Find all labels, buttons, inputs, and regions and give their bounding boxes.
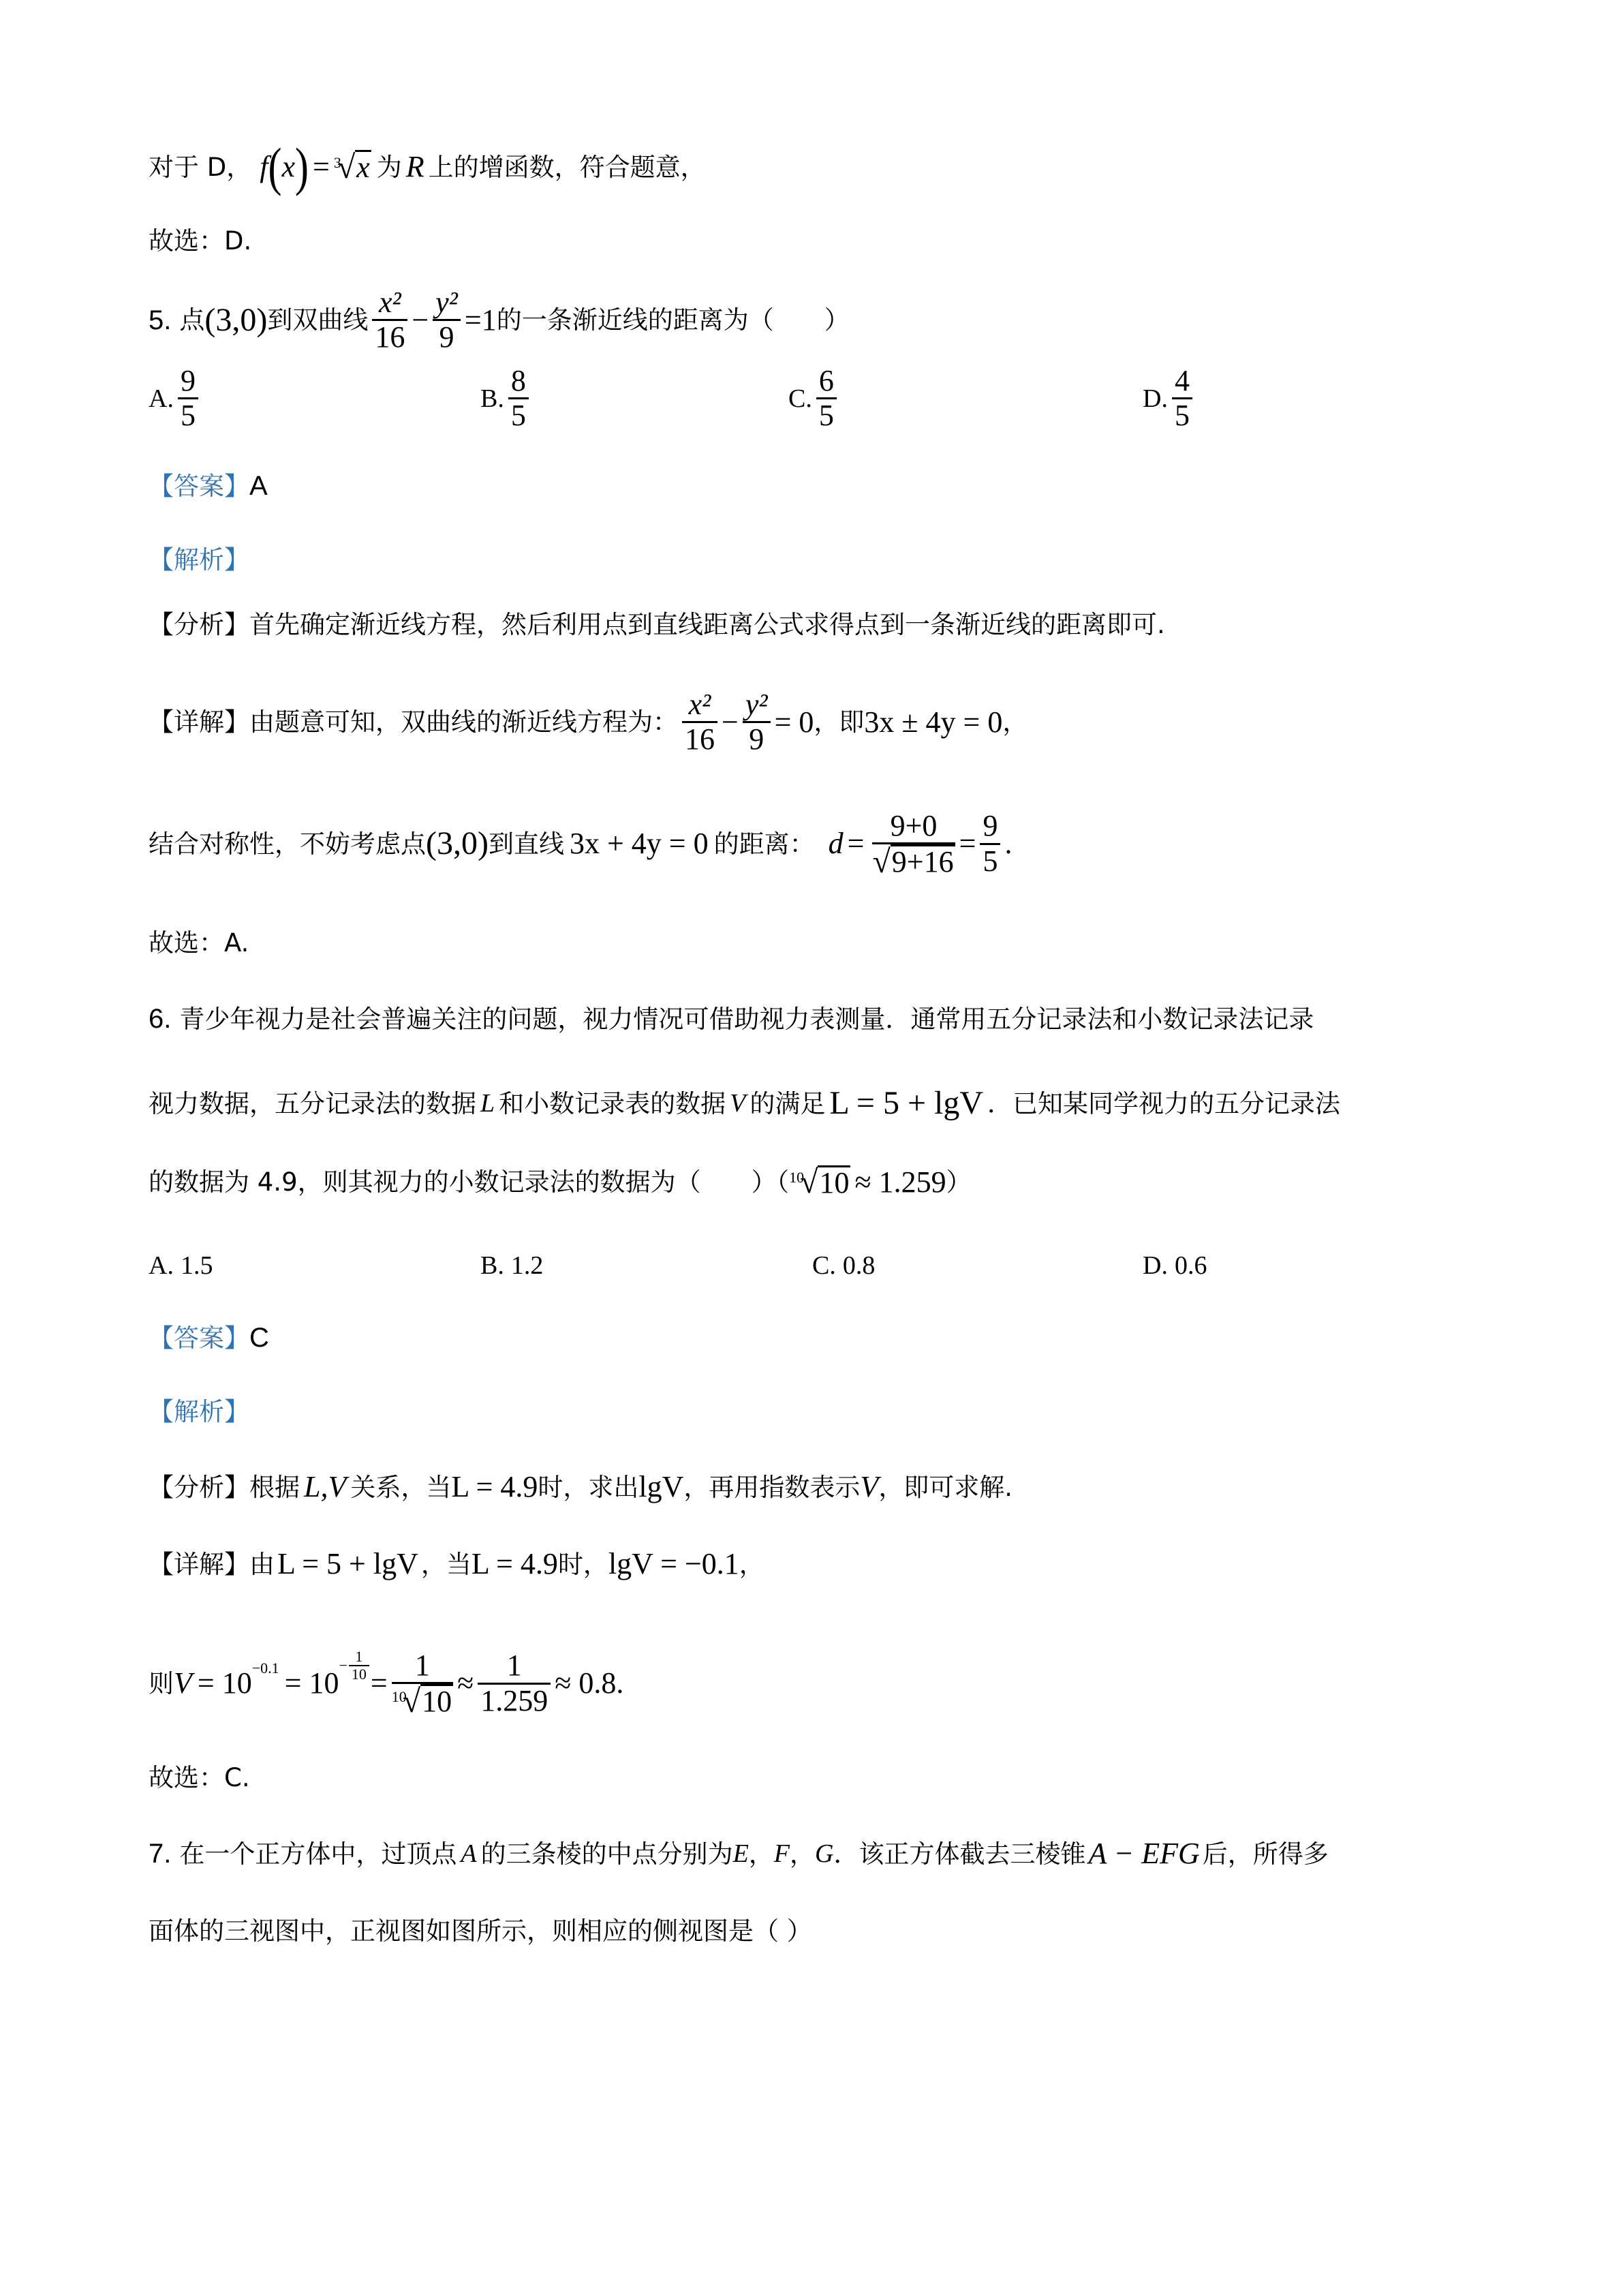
q6-xiangjie: 【详解】 由 L = 5 + lgV ，当 L = 4.9 时， lgV = −… — [149, 1549, 764, 1579]
q5-option-b[interactable]: B. 85 — [480, 365, 533, 433]
fraction: 95 — [178, 365, 198, 433]
xiangjie-text: ，即 — [814, 709, 864, 735]
math-eq: = — [959, 829, 976, 859]
option-value: 1.2 — [511, 1251, 544, 1281]
q6-text: 和小数记录表的数据 — [499, 1091, 726, 1116]
fenxi-tag: 【分析】 — [149, 1475, 249, 1500]
frac-num: y² — [433, 286, 461, 319]
question-number: 6. — [149, 1005, 171, 1032]
q6-text: 的数据为 4.9，则其视力的小数记录法的数据为（ ）（ — [149, 1169, 789, 1195]
q5-text: 点 — [179, 307, 204, 333]
tenth-root: 10√10 — [392, 1684, 453, 1717]
math-paren: ) — [295, 140, 309, 194]
answer-tag: 【答案】 — [149, 1326, 249, 1351]
fraction: 11.259 — [478, 1649, 551, 1717]
math-set: R — [406, 152, 424, 182]
fraction: y²9 — [743, 688, 771, 756]
math-var: E — [733, 1841, 749, 1867]
math-formula: L = 5 + lgV — [277, 1549, 418, 1579]
math-point: (3,0) — [204, 304, 267, 337]
xiangjie-tag: 【详解】 — [149, 709, 249, 735]
option-label: B. — [480, 1251, 504, 1281]
frac-den: 9 — [746, 723, 767, 756]
fraction: 1 10√10 — [392, 1649, 453, 1718]
q6-text: ） — [946, 1169, 972, 1195]
q6-stem-line1: 6. 青少年视力是社会普遍关注的问题，视力情况可借助视力表测量．通常用五分记录法… — [149, 1005, 1314, 1032]
tenth-root: 10 √ 10 — [789, 1165, 850, 1199]
fenxi-text: 根据 — [249, 1475, 300, 1500]
option-label: C. — [812, 1251, 836, 1281]
root-index: 10 — [789, 1170, 804, 1185]
math-var: V — [730, 1090, 745, 1116]
frac-num: x² — [376, 286, 404, 319]
xiangjie-tag: 【详解】 — [149, 1552, 249, 1577]
q5-option-d[interactable]: D. 45 — [1143, 365, 1196, 433]
question-number: 5. — [149, 307, 171, 334]
q6-stem-line3: 的数据为 4.9，则其视力的小数记录法的数据为（ ）（ 10 √ 10 ≈ 1.… — [149, 1165, 972, 1199]
math-eq: = — [371, 1668, 388, 1698]
math-var: d — [829, 829, 844, 859]
math-expr: = 10 — [198, 1668, 252, 1698]
q6-text: 视力数据，五分记录法的数据 — [149, 1091, 476, 1116]
exp-sign: − — [339, 1658, 347, 1673]
q6-option-b[interactable]: B.1.2 — [480, 1251, 543, 1281]
math-var: L — [480, 1090, 495, 1116]
math-var: x — [281, 152, 295, 182]
option-label: D. — [1143, 1251, 1168, 1281]
q6-text: ．已知某同学视力的五分记录法 — [987, 1091, 1340, 1116]
q5-distance: 结合对称性，不妨考虑点 (3,0) 到直线 3x + 4y = 0 的距离： d… — [149, 810, 1012, 878]
xiangjie-text: ， — [739, 1552, 764, 1577]
cube-root: 3 √ x — [334, 150, 371, 183]
answer-value: A — [249, 472, 268, 500]
frac-num: 1 — [352, 1649, 365, 1665]
q6-calculation: 则 V = 10 −0.1 = 10 − 110 = 1 10√10 ≈ 11.… — [149, 1649, 623, 1718]
math-expr: L = 4.9 — [451, 1472, 538, 1502]
q6-answer: 【答案】 C — [149, 1324, 269, 1351]
q6-option-c[interactable]: C.0.8 — [812, 1251, 875, 1281]
xiangjie-text: 由 — [249, 1552, 275, 1577]
frac-num: y² — [743, 688, 771, 721]
root-body: 9+16 — [891, 844, 955, 878]
math-expr: lgV = −0.1 — [608, 1549, 739, 1579]
q7-text: ．该正方体截去三棱锥 — [833, 1841, 1085, 1867]
math-point: (3,0) — [426, 827, 489, 860]
root-body: 10 — [420, 1684, 453, 1717]
q6-stem-line2: 视力数据，五分记录法的数据 L 和小数记录表的数据 V 的满足 L = 5 + … — [149, 1087, 1340, 1120]
fraction: 110 — [349, 1649, 369, 1683]
frac-num: 6 — [816, 365, 837, 397]
q5-option-c[interactable]: C. 65 — [788, 365, 841, 433]
frac-num: x² — [686, 688, 714, 721]
exponent: −0.1 — [252, 1661, 279, 1676]
frac-den: 1.259 — [478, 1685, 551, 1717]
q5-option-a[interactable]: A. 95 — [149, 365, 202, 433]
q4-text: 为 — [377, 155, 402, 180]
q6-option-d[interactable]: D.0.6 — [1143, 1251, 1207, 1281]
math-paren: ( — [268, 140, 282, 194]
frac-den: 5 — [816, 399, 837, 432]
root-body: 10 — [818, 1165, 850, 1199]
option-label: A. — [149, 1251, 174, 1281]
calc-text: 则 — [149, 1671, 174, 1696]
option-label: B. — [480, 384, 504, 414]
math-expr: lgV — [638, 1472, 683, 1502]
q5-conclusion: 故选：A. — [149, 930, 249, 955]
frac-den: 10 — [349, 1666, 369, 1683]
frac-den: 5 — [980, 845, 1000, 878]
q5-stem: 5. 点 (3,0) 到双曲线 x² 16 − y² 9 =1 的一条渐近线的距… — [149, 286, 850, 354]
q7-stem-line2: 面体的三视图中，正视图如图所示，则相应的侧视图是（ ） — [149, 1918, 812, 1944]
q6-option-a[interactable]: A.1.5 — [149, 1251, 213, 1281]
fenxi-text: 时，求出 — [538, 1475, 638, 1500]
q7-text: ， — [790, 1841, 815, 1867]
exponent-fraction: − 110 — [339, 1649, 370, 1683]
math-rhs: =1 — [465, 305, 497, 335]
sqrt: √9+16 — [872, 844, 955, 878]
option-value: 0.8 — [843, 1251, 876, 1281]
dist-text: 到直线 — [489, 831, 564, 857]
q5-answer: 【答案】 A — [149, 472, 268, 500]
frac-den: 9 — [437, 321, 457, 354]
math-var: L,V — [304, 1472, 346, 1502]
q4-conclusion: 故选：D. — [149, 228, 251, 254]
frac-num: 9 — [178, 365, 198, 397]
frac-den: 5 — [178, 399, 198, 432]
xiangjie-text: ，当 — [421, 1552, 472, 1577]
math-func: f — [260, 152, 268, 182]
q6-fenxi: 【分析】 根据 L,V 关系，当 L = 4.9 时，求出 lgV ，再用指数表… — [149, 1472, 1013, 1502]
math-rhs: = 0 — [775, 707, 814, 737]
fenxi-text: ，再用指数表示 — [683, 1475, 860, 1500]
option-value: 1.5 — [181, 1251, 213, 1281]
fenxi-text: 首先确定渐近线方程，然后利用点到直线距离公式求得点到一条渐近线的距离即可. — [249, 612, 1165, 637]
math-expr: = 10 — [285, 1668, 339, 1698]
math-end: . — [616, 1668, 623, 1698]
math-pyramid: A − EFG — [1088, 1839, 1199, 1869]
xiangjie-text: ， — [1002, 709, 1027, 735]
fenxi-text: ，即可求解. — [878, 1475, 1013, 1500]
math-eq: = — [848, 829, 865, 859]
q4-option-d-line: 对于 D， f ( x ) = 3 √ x 为 R 上的增函数，符合题意， — [149, 147, 706, 187]
frac-num: 1 — [412, 1649, 433, 1682]
q6-text: 的满足 — [749, 1091, 825, 1116]
fenxi-text: 关系，当 — [350, 1475, 451, 1500]
q7-text: 后，所得多 — [1203, 1841, 1329, 1867]
frac-num: 9 — [980, 810, 1000, 842]
option-label: C. — [788, 384, 812, 414]
frac-den: 5 — [1172, 399, 1192, 432]
math-minus: − — [412, 305, 429, 335]
radical-icon: √ — [872, 846, 890, 878]
math-line: 3x ± 4y = 0 — [864, 707, 1002, 737]
math-var: G — [815, 1841, 833, 1867]
math-formula: L = 5 + lgV — [829, 1087, 983, 1120]
q7-text: 在一个正方体中，过顶点 — [179, 1841, 457, 1867]
option-label: D. — [1143, 384, 1168, 414]
dist-text: 结合对称性，不妨考虑点 — [149, 831, 426, 857]
answer-value: C — [249, 1324, 269, 1351]
fraction: 9+0 √9+16 — [872, 810, 955, 878]
q5-fenxi: 【分析】 首先确定渐近线方程，然后利用点到直线距离公式求得点到一条渐近线的距离即… — [149, 612, 1165, 637]
frac-num: 1 — [504, 1649, 525, 1682]
q6-conclusion: 故选：C. — [149, 1765, 250, 1790]
question-number: 7. — [149, 1840, 171, 1867]
math-var: V — [860, 1472, 878, 1502]
math-line: 3x + 4y = 0 — [570, 829, 709, 859]
fraction: 85 — [508, 365, 529, 433]
math-var: V — [174, 1668, 192, 1698]
q5-text: 的一条渐近线的距离为（ ） — [497, 307, 850, 333]
math-approx: ≈ — [457, 1668, 474, 1698]
q4-text: 对于 D， — [149, 155, 251, 180]
fraction: x²16 — [682, 688, 717, 756]
fraction: 65 — [816, 365, 837, 433]
q7-text: ， — [749, 1841, 774, 1867]
math-minus: − — [722, 707, 739, 737]
math-eq: = — [313, 152, 330, 182]
frac-num: 9+0 — [888, 810, 940, 842]
q5-text: 到双曲线 — [267, 307, 368, 333]
option-value: 0.6 — [1175, 1251, 1207, 1281]
q5-analysis-tag: 【解析】 — [149, 547, 249, 572]
frac-num: 8 — [508, 365, 529, 397]
math-approx: ≈ 0.8 — [555, 1668, 616, 1698]
root-index: 3 — [334, 155, 341, 170]
math-var: F — [774, 1841, 790, 1867]
root-body: x — [355, 150, 371, 183]
fraction: 95 — [980, 810, 1000, 878]
q7-stem-line1: 7. 在一个正方体中，过顶点 A 的三条棱的中点分别为 E ， F ， G ．该… — [149, 1839, 1329, 1869]
q5-xiangjie: 【详解】 由题意可知，双曲线的渐近线方程为： x²16 − y²9 = 0 ，即… — [149, 688, 1027, 756]
fenxi-tag: 【分析】 — [149, 612, 249, 637]
math-var: A — [461, 1841, 476, 1867]
fraction: y² 9 — [433, 286, 461, 354]
xiangjie-text: 由题意可知，双曲线的渐近线方程为： — [249, 709, 678, 735]
math-expr: L = 4.9 — [472, 1549, 558, 1579]
frac-den: 5 — [508, 399, 529, 432]
option-label: A. — [149, 384, 174, 414]
q6-analysis-tag: 【解析】 — [149, 1399, 249, 1424]
frac-num: 4 — [1172, 365, 1192, 397]
frac-den: 16 — [682, 723, 717, 756]
q4-text: 上的增函数，符合题意， — [429, 155, 706, 180]
math-approx: ≈ 1.259 — [854, 1167, 946, 1197]
fraction: x² 16 — [372, 286, 407, 354]
fraction: 45 — [1172, 365, 1192, 433]
math-end: . — [1004, 829, 1012, 859]
q6-text: 青少年视力是社会普遍关注的问题，视力情况可借助视力表测量．通常用五分记录法和小数… — [179, 1007, 1314, 1032]
dist-text: 的距离： — [714, 831, 815, 857]
q7-text: 的三条棱的中点分别为 — [481, 1841, 733, 1867]
root-index: 10 — [392, 1689, 407, 1704]
xiangjie-text: 时， — [558, 1552, 608, 1577]
answer-tag: 【答案】 — [149, 474, 249, 499]
frac-den: 16 — [372, 321, 407, 354]
